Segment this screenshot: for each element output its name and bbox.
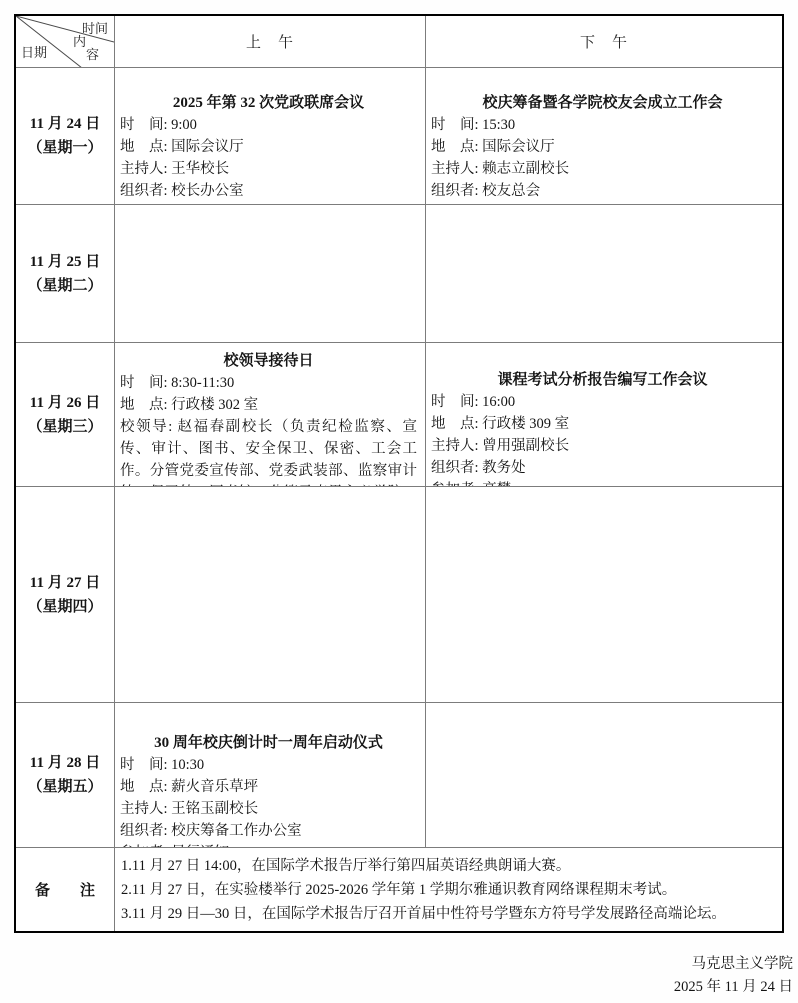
event-line: 校领导: 赵福春副校长（负责纪检监察、宣传、审计、图书、安全保卫、保密、工会工作…	[120, 416, 417, 487]
weekday-text: （星期二）	[27, 274, 102, 298]
schedule-sheet: 时间 内 容 日期 上 午 下 午 11 月 24 日 （星期一） 2025 年…	[0, 0, 798, 1003]
event-morning-nov24: 2025 年第 32 次党政联席会议 时 间: 9:00 地 点: 国际会议厅 …	[115, 68, 426, 205]
remark-item: 3.11 月 29 日—30 日，在国际学术报告厅召开首届中性符号学暨东方符号学…	[121, 902, 772, 926]
event-afternoon-nov25-empty	[426, 205, 782, 343]
event-line: 地 点: 国际会议厅	[431, 136, 774, 158]
date-text: 11 月 26 日	[30, 391, 100, 415]
corner-label-content-2: 容	[86, 44, 99, 63]
event-afternoon-nov26: 课程考试分析报告编写工作会议 时 间: 16:00 地 点: 行政楼 309 室…	[426, 343, 782, 487]
event-line: 主持人: 曾用强副校长	[431, 435, 774, 457]
date-text: 11 月 27 日	[30, 571, 100, 595]
weekly-schedule-table: 时间 内 容 日期 上 午 下 午 11 月 24 日 （星期一） 2025 年…	[14, 14, 784, 933]
event-line: 地 点: 国际会议厅	[120, 136, 417, 158]
event-line: 地 点: 薪火音乐草坪	[120, 776, 417, 798]
remarks-body-cell: 1.11 月 27 日 14:00，在国际学术报告厅举行第四届英语经典朗诵大赛。…	[115, 848, 782, 931]
weekday-text: （星期一）	[27, 136, 102, 160]
event-morning-nov27-empty	[115, 487, 426, 703]
remark-item: 1.11 月 27 日 14:00，在国际学术报告厅举行第四届英语经典朗诵大赛。	[121, 854, 772, 878]
event-afternoon-nov28-empty	[426, 703, 782, 848]
event-morning-nov25-empty	[115, 205, 426, 343]
date-text: 11 月 25 日	[30, 250, 100, 274]
event-line: 时 间: 16:00	[431, 391, 774, 413]
event-line: 时 间: 10:30	[120, 754, 417, 776]
event-title: 校庆筹备暨各学院校友会成立工作会	[431, 92, 774, 114]
event-title: 2025 年第 32 次党政联席会议	[120, 92, 417, 114]
corner-label-date: 日期	[21, 42, 47, 61]
event-line: 地 点: 行政楼 302 室	[120, 394, 417, 416]
event-morning-nov26: 校领导接待日 时 间: 8:30-11:30 地 点: 行政楼 302 室 校领…	[115, 343, 426, 487]
date-cell-nov26: 11 月 26 日 （星期三）	[16, 343, 115, 487]
event-line: 时 间: 8:30-11:30	[120, 372, 417, 394]
date-text: 11 月 28 日	[30, 751, 100, 775]
weekday-text: （星期四）	[27, 595, 102, 619]
event-line: 主持人: 王华校长	[120, 158, 417, 180]
date-cell-nov25: 11 月 25 日 （星期二）	[16, 205, 115, 343]
remarks-label-cell: 备 注	[16, 848, 115, 931]
footer-signature: 马克思主义学院 2025 年 11 月 24 日	[674, 953, 793, 999]
event-afternoon-nov27-empty	[426, 487, 782, 703]
date-text: 11 月 24 日	[30, 112, 100, 136]
column-header-afternoon: 下 午	[426, 16, 782, 68]
event-title: 30 周年校庆倒计时一周年启动仪式	[120, 732, 417, 754]
footer-org: 马克思主义学院	[674, 953, 793, 976]
column-header-morning: 上 午	[115, 16, 426, 68]
event-line: 时 间: 15:30	[431, 114, 774, 136]
date-cell-nov24: 11 月 24 日 （星期一）	[16, 68, 115, 205]
event-line: 地 点: 行政楼 309 室	[431, 413, 774, 435]
remark-item: 2.11 月 27 日，在实验楼举行 2025-2026 学年第 1 学期尔雅通…	[121, 878, 772, 902]
date-cell-nov27: 11 月 27 日 （星期四）	[16, 487, 115, 703]
corner-label-content-1: 内	[73, 31, 86, 50]
event-line: 组织者: 校长办公室	[120, 180, 417, 202]
event-line: 组织者: 教务处	[431, 457, 774, 479]
weekday-text: （星期五）	[27, 775, 102, 799]
event-line: 组织者: 校友总会	[431, 180, 774, 202]
event-line: 时 间: 9:00	[120, 114, 417, 136]
date-cell-nov28: 11 月 28 日 （星期五）	[16, 703, 115, 848]
event-title: 校领导接待日	[120, 350, 417, 372]
event-line: 参加者: 高攀	[431, 479, 774, 487]
event-title: 课程考试分析报告编写工作会议	[431, 369, 774, 391]
event-line: 主持人: 王铭玉副校长	[120, 798, 417, 820]
weekday-text: （星期三）	[27, 415, 102, 439]
event-morning-nov28: 30 周年校庆倒计时一周年启动仪式 时 间: 10:30 地 点: 薪火音乐草坪…	[115, 703, 426, 848]
event-line: 主持人: 赖志立副校长	[431, 158, 774, 180]
corner-header-cell: 时间 内 容 日期	[16, 16, 115, 68]
footer-date: 2025 年 11 月 24 日	[674, 976, 793, 999]
event-afternoon-nov24: 校庆筹备暨各学院校友会成立工作会 时 间: 15:30 地 点: 国际会议厅 主…	[426, 68, 782, 205]
event-line: 组织者: 校庆筹备工作办公室	[120, 820, 417, 842]
